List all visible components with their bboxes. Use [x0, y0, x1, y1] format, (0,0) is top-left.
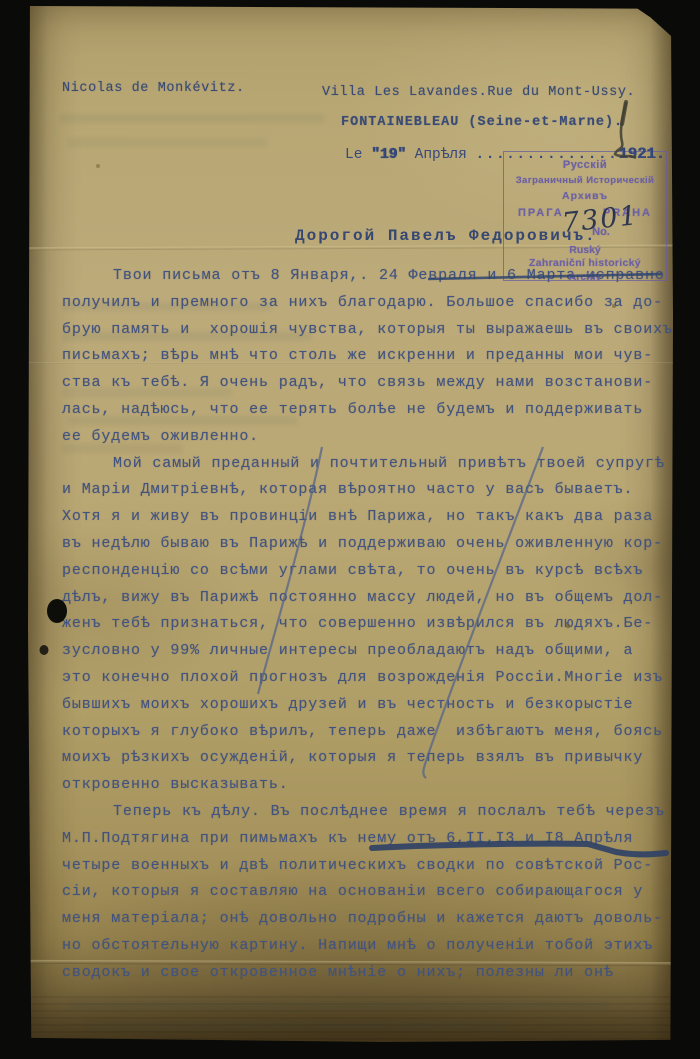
body-line: но обстоятельную картину. Напищи мнѣ о п…	[62, 933, 668, 960]
body-line: которыхъ я глубоко вѣрилъ, теперь даже и…	[62, 719, 668, 746]
date-line: Le "19" Апрѣля ..............1921.	[345, 145, 665, 163]
body-line: меня матеріала; онѣ довольно подробны и …	[62, 906, 668, 933]
body-line: четыре военныхъ и двѣ политическихъ свод…	[62, 853, 668, 880]
body-line: моихъ рѣзкихъ осужденій, которыя я тепер…	[62, 745, 668, 772]
address-line-2: FONTAINEBLEAU (Seine-et-Marne).	[341, 115, 623, 130]
body-line: откровенно высказывать.	[62, 772, 668, 799]
bleed-through-ghost	[68, 138, 268, 147]
bleed-through-ghost	[60, 114, 325, 123]
body-line: письмахъ; вѣрь мнѣ что столь же искренни…	[62, 343, 668, 370]
body-line: М.П.Подтягина при пимьмахъ къ нему отъ 6…	[62, 826, 668, 853]
stamp-city-cyrillic: ПРАГА	[518, 207, 564, 219]
body-line: въ недѣлю бываю въ Парижѣ и поддерживаю …	[62, 531, 668, 558]
body-line: сіи, которыя я составляю на основаніи вс…	[62, 879, 668, 906]
sender-name: Nicolas de Monkévitz.	[62, 81, 245, 96]
body-line: Мой самый преданный и почтительный привѣ…	[62, 451, 668, 478]
address-line-1: Villa Les Lavandes.Rue du Mont-Ussy.	[322, 85, 635, 100]
body-line: респонденцію со всѣми углами свѣта, то о…	[62, 558, 668, 585]
bleed-through-ghost	[68, 1001, 608, 1010]
body-line: дѣлъ, вижу въ Парижѣ постоянно массу люд…	[62, 585, 668, 612]
archive-stamp: Русскій Заграничный Историческій Архивъ …	[503, 151, 667, 281]
stamp-line-zahranicni: Zahraniční historický	[504, 257, 666, 269]
body-line: брую память и хорошія чувства, которыя т…	[62, 317, 668, 344]
body-line: получилъ и премного за нихъ благодарю. Б…	[62, 290, 668, 317]
letter-body: Твои письма отъ 8 Января,. 24 Февраля и …	[62, 263, 668, 987]
body-line: бывшихъ моихъ хорошихъ друзей и въ честн…	[62, 692, 668, 719]
date-month: Апрѣля	[406, 147, 476, 163]
body-line: зусловно у 99% личные интересы преоблада…	[62, 638, 668, 665]
photo-background: Nicolas de Monkévitz. Villa Les Lavandes…	[0, 0, 700, 1059]
letter-page: Nicolas de Monkévitz. Villa Les Lavandes…	[28, 6, 673, 1042]
body-line: Хотя я и живу въ провинціи внѣ Парижа, н…	[62, 504, 668, 531]
stamp-line-rusky-cz: Ruský	[504, 244, 666, 256]
date-leader-dots: ..............	[476, 147, 619, 163]
stamp-line-arkhiv: Архивъ	[504, 190, 666, 202]
stamp-line-archiv-cz: Archiv	[504, 271, 666, 283]
body-line: ее будемъ оживленно.	[62, 424, 668, 451]
paper-speck	[96, 164, 100, 168]
body-line: сводокъ и свое откровенное мнѣніе о нихъ…	[62, 960, 668, 987]
body-line: ства къ тебѣ. Я очень радъ, что связь ме…	[62, 370, 668, 397]
date-prefix: Le	[345, 147, 371, 163]
date-year: 1921.	[618, 145, 665, 163]
bleed-through-ghost	[88, 1022, 508, 1031]
body-line: лась, надѣюсь, что ее терять болѣе не бу…	[62, 397, 668, 424]
body-line: Теперь къ дѣлу. Въ послѣднее время я пос…	[62, 799, 668, 826]
small-hole	[40, 645, 49, 655]
body-line: и Маріи Дмитріевнѣ, которая вѣроятно час…	[62, 477, 668, 504]
date-day: "19"	[371, 147, 406, 163]
body-line: это конечно плохой прогнозъ для возрожде…	[62, 665, 668, 692]
body-line: женъ тебѣ признаться, что совершенно изв…	[62, 611, 668, 638]
stamp-line-zagranichny: Заграничный Историческій	[504, 175, 666, 186]
